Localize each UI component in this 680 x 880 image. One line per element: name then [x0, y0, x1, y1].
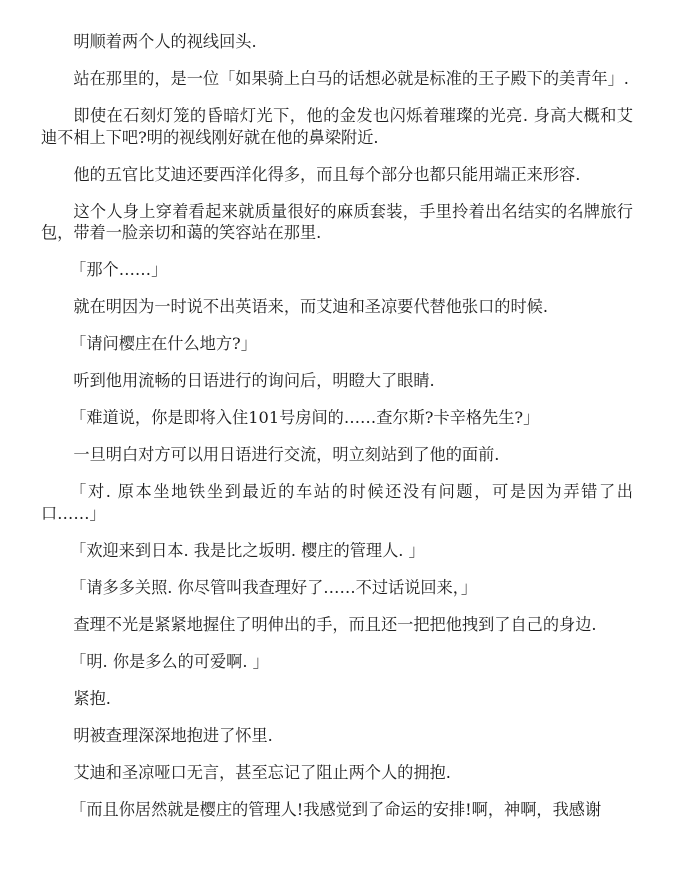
- dialog-line-20: 「而且你居然就是樱庄的管理人!我感觉到了命运的安排!啊，神啊，我感谢: [41, 799, 633, 821]
- dialog-line-12: 「对. 原本坐地铁坐到最近的车站的时候还没有问题，可是因为弄错了出口……」: [41, 481, 633, 524]
- paragraph-7: 就在明因为一时说不出英语来，而艾迪和圣凉要代替他张口的时候.: [41, 296, 633, 318]
- dialog-line-16: 「明. 你是多么的可爱啊. 」: [41, 651, 633, 673]
- paragraph-15: 查理不光是紧紧地握住了明伸出的手，而且还一把把他拽到了自己的身边.: [41, 614, 633, 636]
- dialog-line-13: 「欢迎来到日本. 我是比之坂明. 樱庄的管理人. 」: [41, 540, 633, 562]
- dialog-line-6: 「那个……」: [41, 259, 633, 281]
- dialog-line-14: 「请多多关照. 你尽管叫我查理好了……不过话说回来，」: [41, 577, 633, 599]
- paragraph-5: 这个人身上穿着看起来就质量很好的麻质套装，手里拎着出名结实的名牌旅行包，带着一脸…: [41, 201, 633, 244]
- paragraph-9: 听到他用流畅的日语进行的询问后，明瞪大了眼睛.: [41, 370, 633, 392]
- dialog-line-8: 「请问樱庄在什么地方?」: [41, 333, 633, 355]
- paragraph-17: 紧抱.: [41, 688, 633, 710]
- paragraph-19: 艾迪和圣凉哑口无言，甚至忘记了阻止两个人的拥抱.: [41, 762, 633, 784]
- paragraph-11: 一旦明白对方可以用日语进行交流，明立刻站到了他的面前.: [41, 444, 633, 466]
- paragraph-1: 明顺着两个人的视线回头.: [41, 31, 633, 53]
- document-page: 明顺着两个人的视线回头. 站在那里的，是一位「如果骑上白马的话想必就是标准的王子…: [41, 31, 633, 836]
- paragraph-2: 站在那里的，是一位「如果骑上白马的话想必就是标准的王子殿下的美青年」.: [41, 68, 633, 90]
- dialog-line-10: 「难道说，你是即将入住101号房间的……查尔斯?卡辛格先生?」: [41, 407, 633, 429]
- paragraph-3: 即使在石刻灯笼的昏暗灯光下，他的金发也闪烁着璀璨的光亮. 身高大概和艾迪不相上下…: [41, 105, 633, 148]
- paragraph-4: 他的五官比艾迪还要西洋化得多，而且每个部分也都只能用端正来形容.: [41, 164, 633, 186]
- paragraph-18: 明被查理深深地抱进了怀里.: [41, 725, 633, 747]
